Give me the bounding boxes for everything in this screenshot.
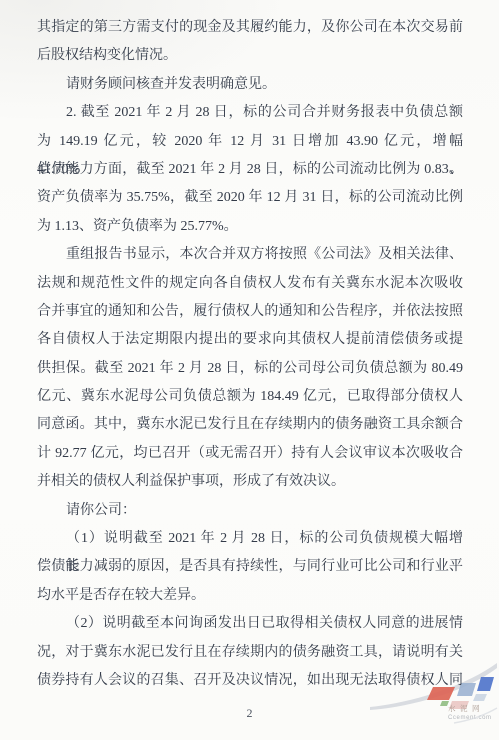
watermark-paleblue-tile: [473, 694, 487, 701]
text-line-7: 资产负债率为 35.75%，截至 2020 年 12 月 31 日，标的公司流动…: [37, 184, 463, 212]
watermark-blue-tile: [477, 677, 494, 691]
document-text-block: 其指定的第三方需支付的现金及其履约能力，及你公司在本次交易前后股权结构变化情况。…: [37, 14, 463, 695]
text-line-19: （1）说明截至 2021 年 2 月 28 日，标的公司负债规模大幅增长、: [37, 525, 463, 553]
text-line-4: 2. 截至 2021 年 2 月 28 日，标的公司合并财务报表中负债总额: [37, 99, 463, 127]
text-line-3: 请财务顾问核查并发表明确意见。: [37, 71, 463, 99]
text-line-1: 其指定的第三方需支付的现金及其履约能力，及你公司在本次交易前: [37, 14, 463, 42]
text-line-17: 并相关的债权人利益保护事项，形成了有效决议。: [37, 468, 463, 496]
text-line-14: 亿元、冀东水泥母公司负债总额为 184.49 亿元，已取得部分债权人: [37, 383, 463, 411]
text-line-15: 同意函。其中，冀东水泥已发行且在存续期内的债务融资工具余额合: [37, 411, 463, 439]
text-line-6: 偿债能力方面，截至 2021 年 2 月 28 日，标的公司流动比例为 0.83…: [37, 156, 463, 184]
text-line-18: 请你公司：: [37, 497, 463, 525]
text-line-11: 合并事宜的通知和公告，履行债权人的通知和公告程序，并依法按照: [37, 298, 463, 326]
text-line-12: 各自债权人于法定期限内提出的要求向其债权人提前清偿债务或提: [37, 326, 463, 354]
text-line-8: 为 1.13、资产负债率为 25.77%。: [37, 213, 463, 241]
text-line-23: 况，对于冀东水泥已发行且在存续期内的债务融资工具，请说明有关: [37, 639, 463, 667]
text-line-9: 重组报告书显示，本次合并双方将按照《公司法》及相关法律、: [37, 241, 463, 269]
text-line-24: 债券持有人会议的召集、召开及决议情况，如出现无法取得债权人同: [37, 667, 463, 695]
text-line-20: 偿债能力减弱的原因，是否具有持续性，与同行业可比公司和行业平: [37, 553, 463, 581]
text-line-16: 计 92.77 亿元，均已召开（或无需召开）持有人会议审议本次吸收合: [37, 440, 463, 468]
text-line-22: （2）说明截至本问询函发出日已取得相关债权人同意的进展情: [37, 610, 463, 638]
text-line-5: 为 149.19 亿元，较 2020 年 12 月 31 日增加 43.90 亿…: [37, 128, 463, 156]
text-line-2: 后股权结构变化情况。: [37, 42, 463, 70]
text-line-10: 法规和规范性文件的规定向各自债权人发布有关冀东水泥本次吸收: [37, 270, 463, 298]
text-line-21: 均水平是否存在较大差异。: [37, 582, 463, 610]
text-line-13: 供担保。截至 2021 年 2 月 28 日，标的公司母公司负债总额为 80.4…: [37, 355, 463, 383]
document-page: 水泥网 Ccement.com 其指定的第三方需支付的现金及其履约能力，及你公司…: [0, 0, 499, 740]
page-number: 2: [0, 706, 499, 721]
